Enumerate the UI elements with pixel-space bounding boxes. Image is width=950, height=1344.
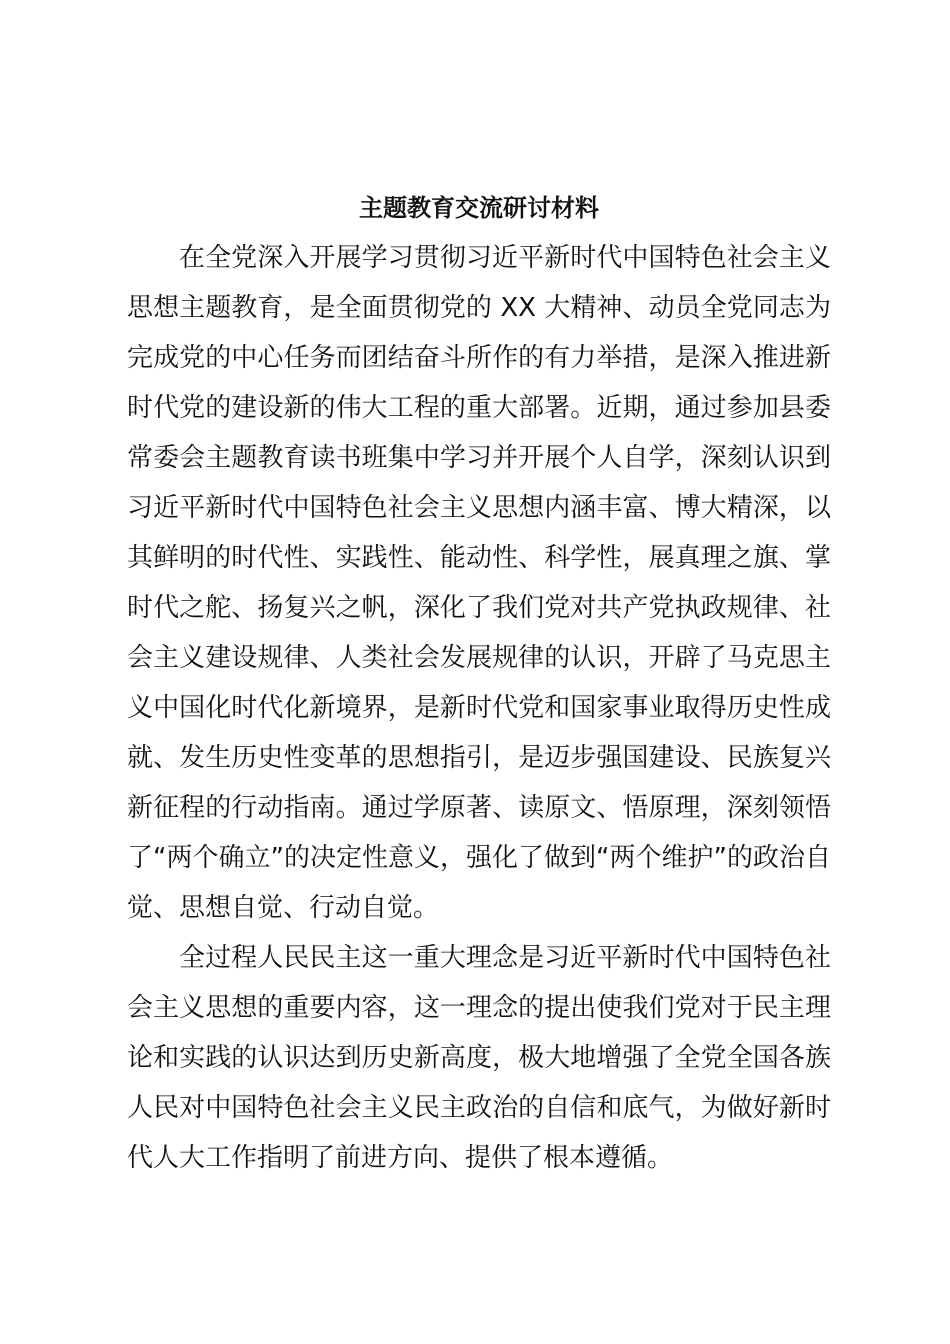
paragraph-2: 全过程人民民主这一重大理念是习近平新时代中国特色社会主义思想的重要内容，这一理念… [127,933,831,1183]
paragraph-1: 在全党深入开展学习贯彻习近平新时代中国特色社会主义思想主题教育，是全面贯彻党的 … [127,233,831,933]
document-title: 主题教育交流研讨材料 [127,188,831,228]
document-page: 主题教育交流研讨材料 在全党深入开展学习贯彻习近平新时代中国特色社会主义思想主题… [127,188,831,1183]
